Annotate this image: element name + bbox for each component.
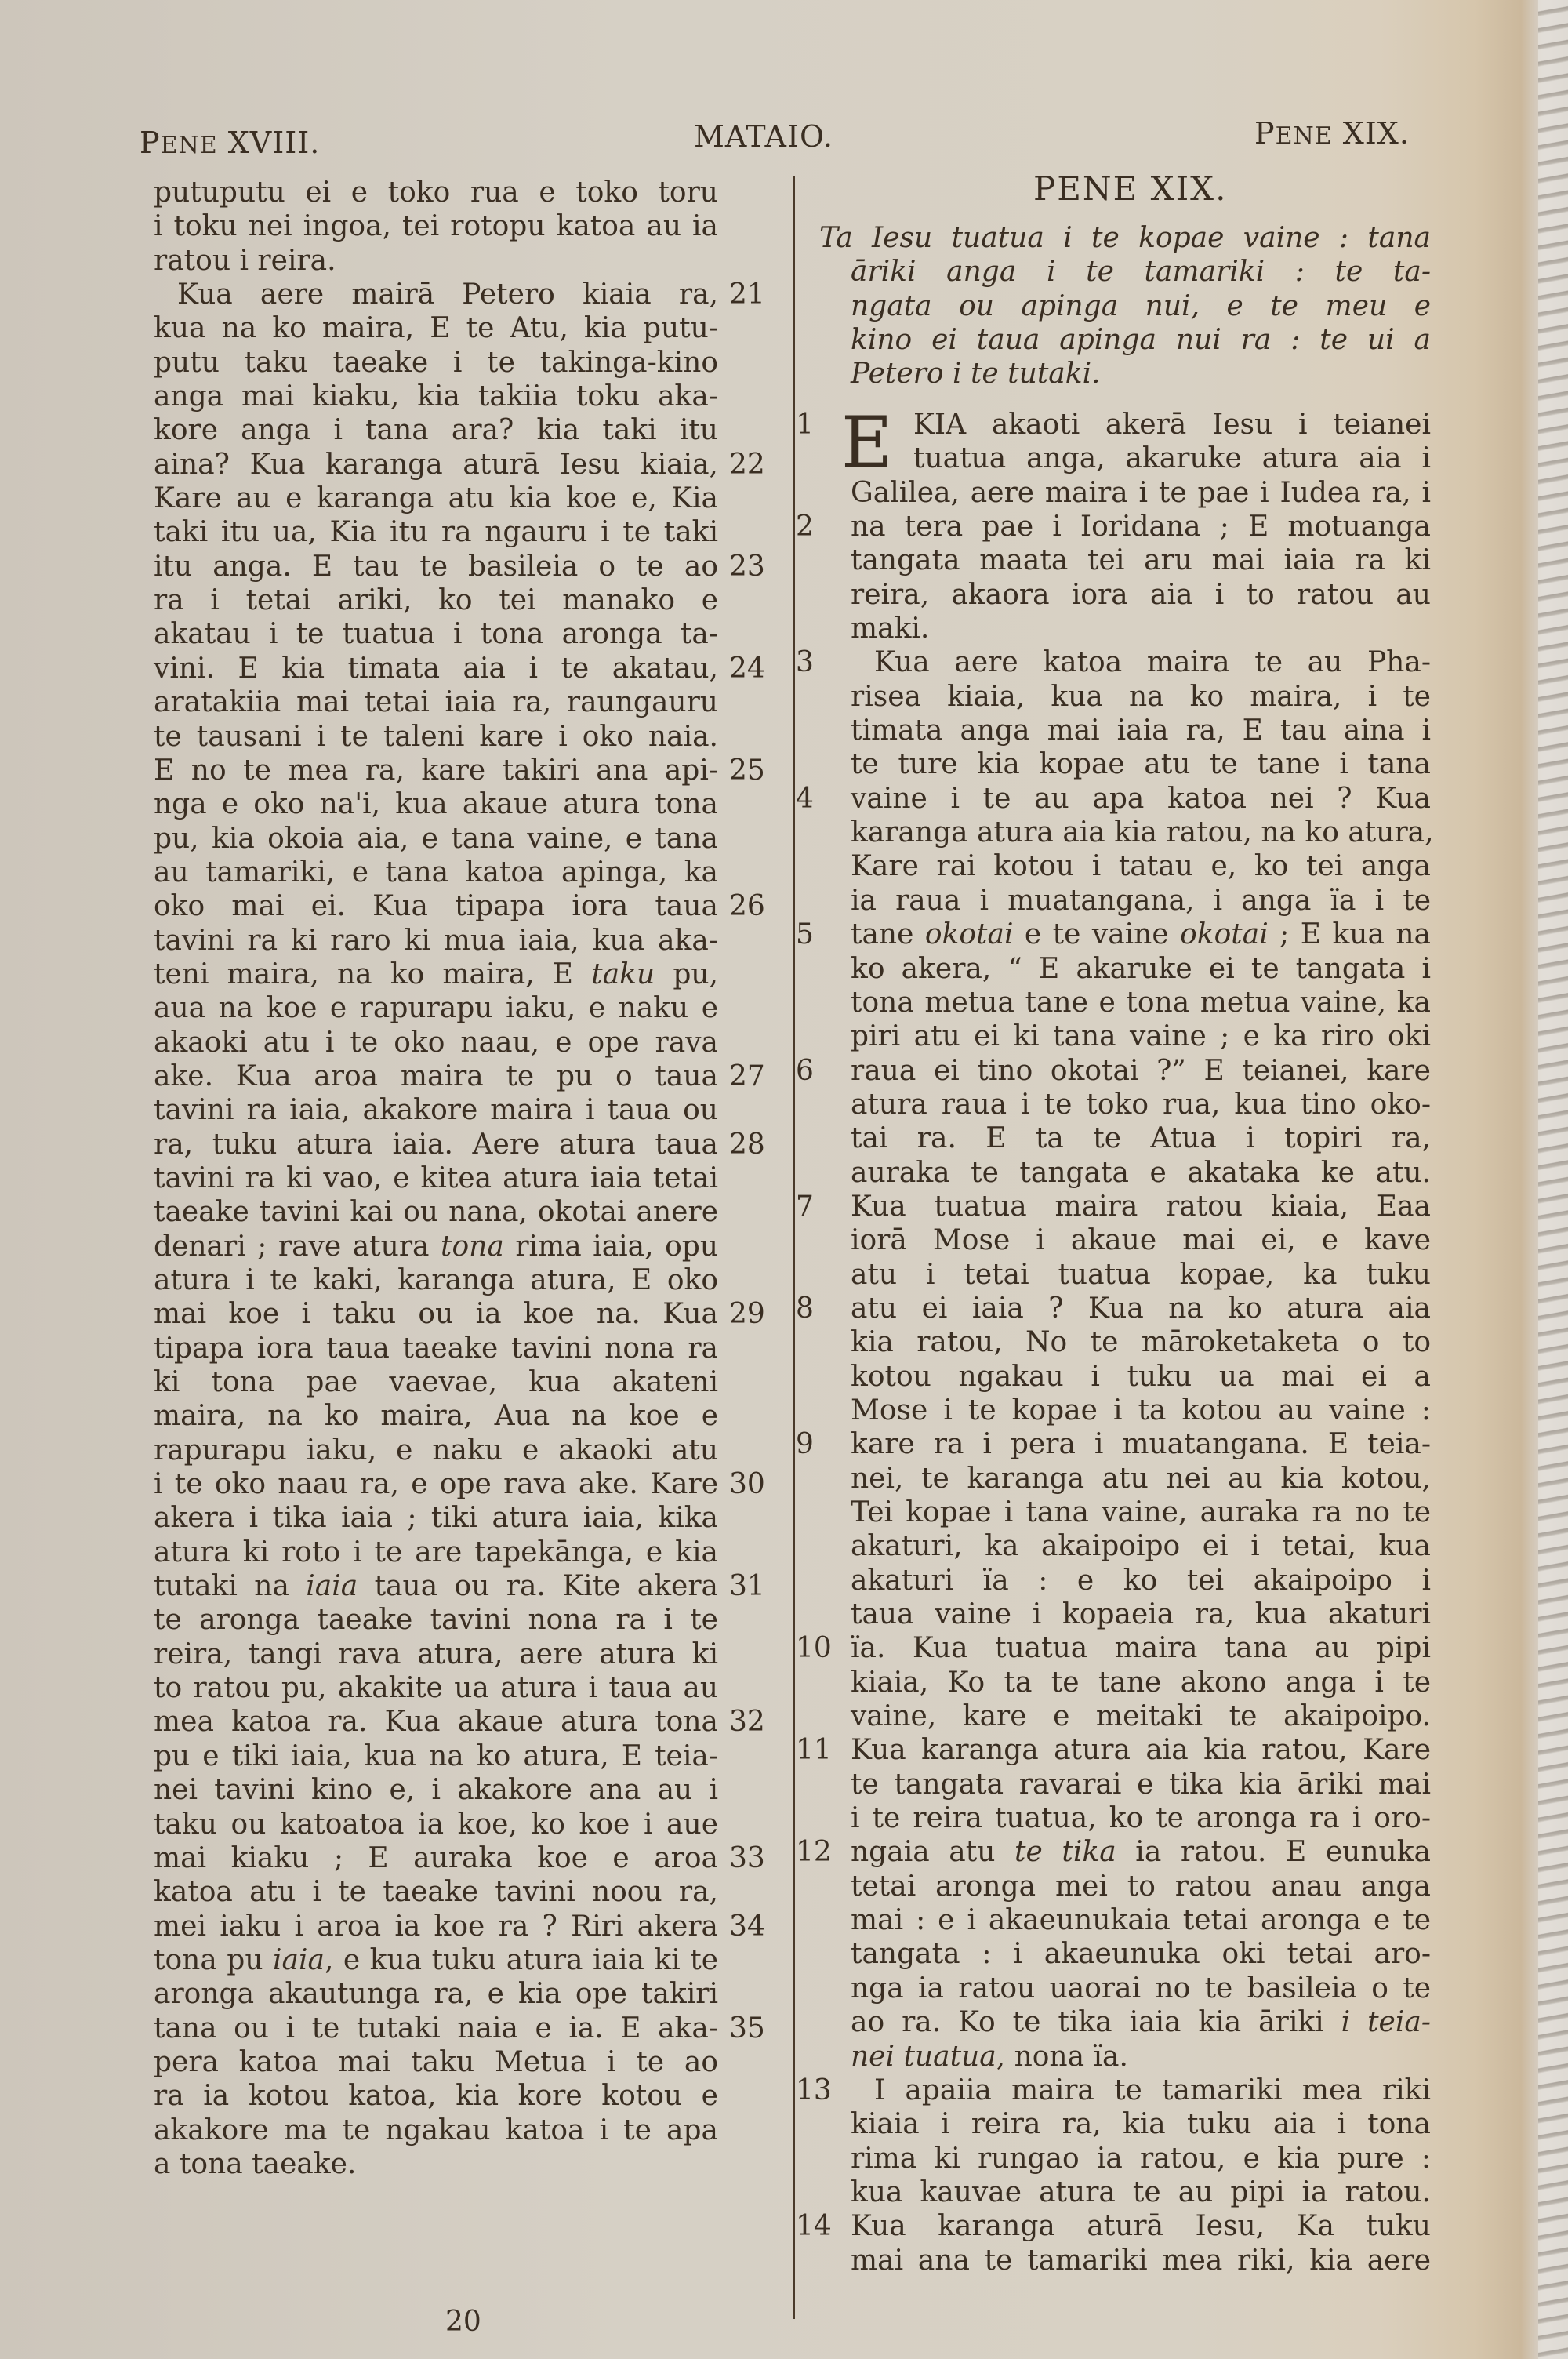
summary-line: āriki anga i te tamariki : te ta- <box>851 255 1431 289</box>
text-line: Kare au e karanga atu kia koe e, Kia <box>154 482 718 515</box>
text-line: nga e oko na'i, kua akaue atura tona <box>154 787 718 821</box>
left-column-text: putuputu ei e toko rua e toko torui toku… <box>154 176 718 2181</box>
running-head-left: PENE XVIII. <box>140 125 320 160</box>
text-line: tona metua tane e tona metua vaine, ka <box>851 986 1431 1020</box>
text-line: aronga akautunga ra, e kia ope takiri <box>154 1977 718 2011</box>
verse-number: 13 <box>796 2074 843 2107</box>
text-line: mai koe i taku ou ia koe na. Kua29 <box>154 1297 718 1331</box>
text-line: taua vaine i kopaeia ra, kua akaturi <box>851 1598 1431 1631</box>
line-text: timata anga mai iaia ra, E tau aina i <box>851 714 1431 747</box>
text-line: pera katoa mai taku Metua i te ao <box>154 2045 718 2079</box>
text-line: iorā Mose i akaue mai ei, e kave <box>851 1223 1431 1257</box>
text-line: Kua karanga atura aia kia ratou, Kare11 <box>851 1733 1431 1767</box>
line-text: Kua karanga atura aia kia ratou, Kare <box>851 1734 1431 1766</box>
text-line: tangata : i akaeunuka oki tetai aro- <box>851 1937 1431 1971</box>
line-text: tavini ra ki vao, e kitea atura iaia tet… <box>154 1162 718 1194</box>
chapter-summary: Ta Iesu tuatua i te kopae vaine : tanaār… <box>851 221 1431 391</box>
text-line: te tausani i te taleni kare i oko naia. <box>154 720 718 754</box>
line-text: kua kauvae atura te au pipi ia ratou. <box>851 2176 1431 2208</box>
italic-text: iaia <box>273 1944 325 1976</box>
line-text: vaine i te au apa katoa nei ? Kua <box>851 783 1431 815</box>
line-text: teni maira, na ko maira, E taku pu, <box>154 958 718 990</box>
verse-number: 21 <box>729 278 765 311</box>
line-text: Galilea, aere maira i te pae i Iudea ra,… <box>851 477 1431 509</box>
line-text: nei, te karanga atu nei au kia kotou, <box>851 1463 1431 1495</box>
line-text: Kua aere mairā Petero kiaia ra, <box>177 278 718 311</box>
verse-number: 30 <box>729 1467 765 1501</box>
text-line: au tamariki, e tana katoa apinga, ka <box>154 856 718 889</box>
text-line: atura ki roto i te are tapekānga, e kia <box>154 1536 718 1569</box>
line-text: taku ou katoatoa ia koe, ko koe i aue <box>154 1808 718 1841</box>
line-text: atura ki roto i te are tapekānga, e kia <box>154 1536 718 1568</box>
text-line: Mose i te kopae i ta kotou au vaine : <box>851 1394 1431 1427</box>
text-line: kia ratou, No te māroketaketa o to <box>851 1325 1431 1359</box>
text-line: tane okotai e te vaine okotai ; E kua na… <box>851 918 1431 951</box>
italic-text: i teia- <box>1341 2006 1431 2038</box>
line-text: tuatua anga, akaruke atura aia i <box>913 442 1431 474</box>
line-text: tavini ra ki raro ki mua iaia, kua aka- <box>154 925 718 957</box>
line-text: atu ei iaia ? Kua na ko atura aia <box>851 1292 1431 1325</box>
text-line: ki tona pae vaevae, kua akateni <box>154 1365 718 1399</box>
italic-text: taku <box>591 958 655 990</box>
line-text: Kua tuatua maira ratou kiaia, Eaa <box>851 1190 1431 1223</box>
text-line: reira, tangi rava atura, aere atura ki <box>154 1637 718 1671</box>
text-line: timata anga mai iaia ra, E tau aina i <box>851 714 1431 747</box>
verse-number: 25 <box>729 754 765 787</box>
line-text: putuputu ei e toko rua e toko toru <box>154 176 718 209</box>
text-line: mai kiaku ; E auraka koe e aroa33 <box>154 1841 718 1875</box>
text-line: i te oko naau ra, e ope rava ake. Kare30 <box>154 1467 718 1501</box>
line-text: tangata maata tei aru mai iaia ra ki <box>851 544 1431 576</box>
line-text: tana ou i te tutaki naia e ia. E aka- <box>154 2012 718 2045</box>
line-text: te tausani i te taleni kare i oko naia. <box>154 721 718 753</box>
text-line: to ratou pu, akakite ua atura i taua au <box>154 1671 718 1705</box>
text-line: KIA akaoti akerā Iesu i teianei1 <box>851 408 1431 442</box>
text-line: tai ra. E ta te Atua i topiri ra, <box>851 1121 1431 1155</box>
line-text: nga ia ratou uaorai no te basileia o te <box>851 1972 1431 2005</box>
line-text: aratakiia mai tetai iaia ra, raungauru <box>154 686 718 718</box>
text-line: na tera pae i Ioridana ; E motuanga2 <box>851 510 1431 543</box>
page-stack-edge <box>1538 0 1568 2359</box>
line-text: tai ra. E ta te Atua i topiri ra, <box>851 1122 1431 1154</box>
verse-number: 34 <box>729 1910 765 1943</box>
line-text: te tangata ravarai e tika kia āriki mai <box>851 1768 1431 1801</box>
text-line: kiaia i reira ra, kia tuku aia i tona <box>851 2107 1431 2141</box>
text-line: akaoki atu i te oko naau, e ope rava <box>154 1026 718 1060</box>
line-text: te aronga taeake tavini nona ra i te <box>154 1604 718 1636</box>
line-text: ra i tetai ariki, ko tei manako e <box>154 584 718 616</box>
line-text: atura i te kaki, karanga atura, E oko <box>154 1264 718 1296</box>
line-text: E no te mea ra, kare takiri ana api- <box>154 754 718 787</box>
text-line: akera i tika iaia ; tiki atura iaia, kik… <box>154 1501 718 1535</box>
chapter-heading: PENE XIX. <box>1033 169 1227 208</box>
line-text: te ture kia kopae atu te tane i tana <box>851 748 1431 780</box>
verse-number: 8 <box>796 1292 843 1325</box>
text-line: Kua aere mairā Petero kiaia ra,21 <box>154 278 718 311</box>
summary-line: Petero i te tutaki. <box>851 357 1431 391</box>
text-line: karanga atura aia kia ratou, na ko atura… <box>851 816 1431 849</box>
text-line: denari ; rave atura tona rima iaia, opu <box>154 1230 718 1263</box>
verse-number: 35 <box>729 2012 765 2045</box>
text-line: aratakiia mai tetai iaia ra, raungauru <box>154 685 718 719</box>
line-text: Tei kopae i tana vaine, auraka ra no te <box>851 1496 1431 1528</box>
right-column-text: EKIA akaoti akerā Iesu i teianei1tuatua … <box>851 408 1431 2277</box>
text-line: taki itu ua, Kia itu ra ngauru i te taki <box>154 515 718 549</box>
line-text: ake. Kua aroa maira te pu o taua <box>154 1060 718 1092</box>
line-text: kotou ngakau i tuku ua mai ei a <box>851 1361 1431 1393</box>
line-text: mea katoa ra. Kua akaue atura tona <box>154 1706 718 1738</box>
line-text: atu i tetai tuatua kopae, ka tuku <box>851 1259 1431 1291</box>
text-line: ia raua i muatangana, i anga ïa i te <box>851 884 1431 918</box>
text-line: nei, te karanga atu nei au kia kotou, <box>851 1462 1431 1496</box>
verse-number: 12 <box>796 1835 843 1869</box>
line-text: i te reira tuatua, ko te aronga ra i oro… <box>851 1802 1431 1834</box>
verse-number: 10 <box>796 1631 843 1665</box>
text-line: piri atu ei ki tana vaine ; e ka riro ok… <box>851 1020 1431 1053</box>
text-line: putuputu ei e toko rua e toko toru <box>154 176 718 209</box>
line-text: taki itu ua, Kia itu ra ngauru i te taki <box>154 516 718 548</box>
line-text: na tera pae i Ioridana ; E motuanga <box>851 511 1431 543</box>
line-text: nei tuatua, nona ïa. <box>851 2041 1128 2073</box>
text-line: tangata maata tei aru mai iaia ra ki <box>851 543 1431 577</box>
text-line: tetai aronga mei to ratou anau anga <box>851 1870 1431 1903</box>
summary-line: kino ei taua apinga nui ra : te ui a <box>851 323 1431 357</box>
line-text: Kare au e karanga atu kia koe e, Kia <box>154 482 718 514</box>
line-text: to ratou pu, akakite ua atura i taua au <box>154 1672 718 1704</box>
line-text: tona metua tane e tona metua vaine, ka <box>851 987 1431 1019</box>
text-line: risea kiaia, kua na ko maira, i te <box>851 680 1431 714</box>
line-text: pu, kia okoia aia, e tana vaine, e tana <box>154 823 718 855</box>
text-line: auraka te tangata e akataka ke atu. <box>851 1156 1431 1190</box>
text-line: ko akera, “ E akaruke ei te tangata i <box>851 952 1431 986</box>
line-text: putu taku taeake i te takinga-kino <box>154 347 718 379</box>
text-line: pu e tiki iaia, kua na ko atura, E teia- <box>154 1739 718 1773</box>
summary-line: ngata ou apinga nui, e te meu e <box>851 289 1431 323</box>
italic-text: tona <box>441 1230 504 1263</box>
line-text: tane okotai e te vaine okotai ; E kua na <box>851 918 1431 951</box>
line-text: itu anga. E tau te basileia o te ao <box>154 551 718 583</box>
line-text: ao ra. Ko te tika iaia kia āriki i teia- <box>851 2006 1431 2038</box>
text-line: ïa. Kua tuatua maira tana au pipi10 <box>851 1631 1431 1665</box>
text-line: mai : e i akaeunukaia tetai aronga e te <box>851 1903 1431 1937</box>
line-text: rapurapu iaku, e naku e akaoki atu <box>154 1434 718 1467</box>
text-line: nei tuatua, nona ïa. <box>851 2040 1431 2074</box>
line-text: a tona taeake. <box>154 2148 356 2180</box>
text-line: oko mai ei. Kua tipapa iora taua26 <box>154 889 718 923</box>
running-head-right: PENE XIX. <box>1254 116 1410 151</box>
line-text: kua na ko maira, E te Atu, kia putu- <box>154 312 718 344</box>
text-line: akaturi ïa : e ko tei akaipoipo i <box>851 1564 1431 1598</box>
line-text: taeake tavini kai ou nana, okotai anere <box>154 1196 718 1228</box>
line-text: ngaia atu te tika ia ratou. E eunuka <box>851 1836 1431 1868</box>
text-line: aua na koe e rapurapu iaku, e naku e <box>154 991 718 1025</box>
text-line: maki. <box>851 612 1431 645</box>
verse-number: 28 <box>729 1128 765 1161</box>
italic-text: iaia <box>306 1570 358 1602</box>
italic-text: te tika <box>1014 1836 1116 1868</box>
text-line: tavini ra ki raro ki mua iaia, kua aka- <box>154 924 718 958</box>
line-text: pu e tiki iaia, kua na ko atura, E teia- <box>154 1740 718 1772</box>
verse-number: 31 <box>729 1569 765 1603</box>
line-text: katoa atu i te taeake tavini noou ra, <box>154 1876 718 1908</box>
text-line: ratou i reira. <box>154 244 718 278</box>
line-text: kiaia, Ko ta te tane akono anga i te <box>851 1667 1431 1699</box>
italic-text: okotai <box>1180 918 1269 951</box>
line-text: tetai aronga mei to ratou anau anga <box>851 1870 1431 1903</box>
line-text: mai kiaku ; E auraka koe e aroa <box>154 1842 718 1874</box>
text-line: a tona taeake. <box>154 2147 718 2181</box>
text-line: kore anga i tana ara? kia taki itu <box>154 413 718 447</box>
verse-number: 1 <box>796 408 843 442</box>
text-line: ao ra. Ko te tika iaia kia āriki i teia- <box>851 2005 1431 2039</box>
text-line: kare ra i pera i muatangana. E teia-9 <box>851 1427 1431 1461</box>
line-text: karanga atura aia kia ratou, na ko atura… <box>851 816 1434 849</box>
text-line: Kare rai kotou i tatau e, ko tei anga <box>851 849 1431 883</box>
verse-number: 2 <box>796 510 843 543</box>
line-text: nei tavini kino e, i akakore ana au i <box>154 1774 718 1806</box>
line-text: aronga akautunga ra, e kia ope takiri <box>154 1978 718 2010</box>
text-line: taeake tavini kai ou nana, okotai anere <box>154 1195 718 1229</box>
line-text: ra ia kotou katoa, kia kore kotou e <box>154 2080 718 2112</box>
text-line: akatau i te tuatua i tona aronga ta- <box>154 617 718 651</box>
running-head-book-title: MATAIO. <box>694 119 833 154</box>
line-text: ia raua i muatangana, i anga ïa i te <box>851 885 1431 917</box>
line-text: tutaki na iaia taua ou ra. Kite akera <box>154 1570 718 1602</box>
line-text: akakore ma te ngakau katoa i te apa <box>154 2114 718 2146</box>
text-line: akakore ma te ngakau katoa i te apa <box>154 2114 718 2147</box>
text-line: te aronga taeake tavini nona ra i te <box>154 1603 718 1637</box>
text-line: mei iaku i aroa ia koe ra ? Riri akera34 <box>154 1910 718 1943</box>
text-line: pu, kia okoia aia, e tana vaine, e tana <box>154 822 718 856</box>
text-line: vaine, kare e meitaki te akaipoipo. <box>851 1699 1431 1733</box>
text-line: atura raua i te toko rua, kua tino oko- <box>851 1088 1431 1121</box>
italic-text: nei tuatua <box>851 2041 996 2073</box>
text-line: ra, tuku atura iaia. Aere atura taua28 <box>154 1128 718 1161</box>
line-text: akaturi ïa : e ko tei akaipoipo i <box>851 1565 1431 1597</box>
text-line: ake. Kua aroa maira te pu o taua27 <box>154 1060 718 1093</box>
line-text: kiaia i reira ra, kia tuku aia i tona <box>851 2108 1431 2140</box>
line-text: i toku nei ingoa, tei rotopu katoa au ia <box>154 210 718 242</box>
line-text: kia ratou, No te māroketaketa o to <box>851 1326 1431 1358</box>
line-text: raua ei tino okotai ?” E teianei, kare <box>851 1055 1431 1087</box>
verse-number: 9 <box>796 1427 843 1461</box>
line-text: ra, tuku atura iaia. Aere atura taua <box>154 1129 718 1161</box>
text-line: taku ou katoatoa ia koe, ko koe i aue <box>154 1808 718 1841</box>
line-text: Kua aere katoa maira te au Pha- <box>874 646 1431 678</box>
text-line: Galilea, aere maira i te pae i Iudea ra,… <box>851 476 1431 510</box>
text-line: kiaia, Ko ta te tane akono anga i te <box>851 1666 1431 1699</box>
line-text: rima ki rungao ia ratou, e kia pure : <box>851 2143 1431 2175</box>
text-line: Kua aere katoa maira te au Pha-3 <box>851 645 1431 679</box>
text-line: tavini ra ki vao, e kitea atura iaia tet… <box>154 1161 718 1195</box>
verse-number: 23 <box>729 550 765 583</box>
verse-number: 7 <box>796 1190 843 1223</box>
text-line: te tangata ravarai e tika kia āriki mai <box>851 1768 1431 1801</box>
line-text: auraka te tangata e akataka ke atu. <box>851 1157 1431 1189</box>
line-text: nga e oko na'i, kua akaue atura tona <box>154 788 718 820</box>
verse-number: 33 <box>729 1841 765 1875</box>
text-line: vini. E kia timata aia i te akatau,24 <box>154 652 718 685</box>
text-line: kua na ko maira, E te Atu, kia putu- <box>154 311 718 345</box>
verse-number: 24 <box>729 652 765 685</box>
line-text: au tamariki, e tana katoa apinga, ka <box>154 856 718 889</box>
line-text: mai ana te tamariki mea riki, kia aere <box>851 2245 1431 2277</box>
text-line: tona pu iaia, e kua tuku atura iaia ki t… <box>154 1943 718 1977</box>
line-text: risea kiaia, kua na ko maira, i te <box>851 681 1431 713</box>
text-line: Kua tuatua maira ratou kiaia, Eaa7 <box>851 1190 1431 1223</box>
line-text: tipapa iora taua taeake tavini nona ra <box>154 1332 718 1365</box>
line-text: tangata : i akaeunuka oki tetai aro- <box>851 1938 1431 1970</box>
text-line: katoa atu i te taeake tavini noou ra, <box>154 1875 718 1909</box>
text-line: kua kauvae atura te au pipi ia ratou. <box>851 2175 1431 2209</box>
line-text: Kua karanga aturā Iesu, Ka tuku <box>851 2210 1431 2242</box>
text-line: tana ou i te tutaki naia e ia. E aka-35 <box>154 2012 718 2045</box>
line-text: oko mai ei. Kua tipapa iora taua <box>154 890 718 922</box>
verse-number: 26 <box>729 889 765 923</box>
verse-number: 5 <box>796 918 843 951</box>
line-text: vini. E kia timata aia i te akatau, <box>154 652 718 685</box>
verse-number: 14 <box>796 2209 843 2243</box>
text-line: Tei kopae i tana vaine, auraka ra no te <box>851 1496 1431 1529</box>
text-line: atu ei iaia ? Kua na ko atura aia8 <box>851 1292 1431 1325</box>
text-line: mai ana te tamariki mea riki, kia aere <box>851 2244 1431 2277</box>
text-line: anga mai kiaku, kia takiia toku aka- <box>154 380 718 413</box>
line-text: aua na koe e rapurapu iaku, e naku e <box>154 992 718 1024</box>
text-line: rima ki rungao ia ratou, e kia pure : <box>851 2142 1431 2175</box>
text-line: maira, na ko maira, Aua na koe e <box>154 1399 718 1433</box>
text-line: tipapa iora taua taeake tavini nona ra <box>154 1332 718 1365</box>
text-line: teni maira, na ko maira, E taku pu, <box>154 958 718 991</box>
page-number: 20 <box>445 2306 481 2338</box>
verse-number: 27 <box>729 1060 765 1093</box>
line-text: mai : e i akaeunukaia tetai aronga e te <box>851 1904 1431 1936</box>
verse-number: 29 <box>729 1297 765 1331</box>
column-divider <box>793 176 795 2319</box>
verse-number: 11 <box>796 1733 843 1767</box>
line-text: ki tona pae vaevae, kua akateni <box>154 1366 718 1398</box>
line-text: tona pu iaia, e kua tuku atura iaia ki t… <box>154 1944 718 1976</box>
line-text: vaine, kare e meitaki te akaipoipo. <box>851 1700 1431 1732</box>
line-text: i te oko naau ra, e ope rava ake. Kare <box>154 1468 718 1500</box>
line-text: reira, akaora iora aia i to ratou au <box>851 579 1431 611</box>
text-line: kotou ngakau i tuku ua mai ei a <box>851 1360 1431 1394</box>
line-text: mai koe i taku ou ia koe na. Kua <box>154 1298 718 1330</box>
line-text: reira, tangi rava atura, aere atura ki <box>154 1638 718 1670</box>
line-text: ratou i reira. <box>154 245 336 277</box>
line-text: KIA akaoti akerā Iesu i teianei <box>913 409 1431 441</box>
text-line: tuatua anga, akaruke atura aia i <box>851 442 1431 475</box>
line-text: atura raua i te toko rua, kua tino oko- <box>851 1089 1431 1121</box>
text-line: raua ei tino okotai ?” E teianei, kare6 <box>851 1054 1431 1088</box>
verse-number: 6 <box>796 1054 843 1088</box>
verse-number: 3 <box>796 645 843 679</box>
line-text: akera i tika iaia ; tiki atura iaia, kik… <box>154 1502 718 1534</box>
verse-number: 32 <box>729 1705 765 1739</box>
line-text: piri atu ei ki tana vaine ; e ka riro ok… <box>851 1020 1431 1052</box>
line-text: ko akera, “ E akaruke ei te tangata i <box>851 953 1431 985</box>
line-text: akaoki atu i te oko naau, e ope rava <box>154 1027 718 1059</box>
text-line: tutaki na iaia taua ou ra. Kite akera31 <box>154 1569 718 1603</box>
text-line: nga ia ratou uaorai no te basileia o te <box>851 1972 1431 2005</box>
line-text: kare ra i pera i muatangana. E teia- <box>851 1428 1431 1460</box>
line-text: I apaiia maira te tamariki mea riki <box>874 2074 1431 2106</box>
text-line: ra ia kotou katoa, kia kore kotou e <box>154 2079 718 2113</box>
line-text: iorā Mose i akaue mai ei, e kave <box>851 1224 1431 1256</box>
text-line: tavini ra iaia, akakore maira i taua ou <box>154 1093 718 1127</box>
line-text: kore anga i tana ara? kia taki itu <box>154 414 718 446</box>
line-text: denari ; rave atura tona rima iaia, opu <box>154 1230 718 1263</box>
text-line: akaturi, ka akaipoipo ei i tetai, kua <box>851 1529 1431 1563</box>
line-text: pera katoa mai taku Metua i te ao <box>154 2046 718 2078</box>
line-text: tavini ra iaia, akakore maira i taua ou <box>154 1094 718 1126</box>
line-text: maki. <box>851 612 929 645</box>
italic-text: okotai <box>925 918 1014 951</box>
text-line: atura i te kaki, karanga atura, E oko <box>154 1263 718 1297</box>
text-line: E no te mea ra, kare takiri ana api-25 <box>154 754 718 787</box>
line-text: Kare rai kotou i tatau e, ko tei anga <box>851 850 1431 882</box>
text-line: ra i tetai ariki, ko tei manako e <box>154 583 718 617</box>
line-text: akatau i te tuatua i tona aronga ta- <box>154 618 718 650</box>
text-line: mea katoa ra. Kua akaue atura tona32 <box>154 1705 718 1739</box>
text-line: I apaiia maira te tamariki mea riki13 <box>851 2074 1431 2107</box>
line-text: anga mai kiaku, kia takiia toku aka- <box>154 380 718 413</box>
text-line: vaine i te au apa katoa nei ? Kua4 <box>851 782 1431 816</box>
text-line: i toku nei ingoa, tei rotopu katoa au ia <box>154 209 718 243</box>
text-line: ngaia atu te tika ia ratou. E eunuka12 <box>851 1835 1431 1869</box>
line-text: akaturi, ka akaipoipo ei i tetai, kua <box>851 1530 1431 1562</box>
text-line: Kua karanga aturā Iesu, Ka tuku14 <box>851 2209 1431 2243</box>
line-text: taua vaine i kopaeia ra, kua akaturi <box>851 1598 1431 1630</box>
line-text: aina? Kua karanga aturā Iesu kiaia, <box>154 449 718 481</box>
line-text: maira, na ko maira, Aua na koe e <box>154 1400 718 1432</box>
text-line: rapurapu iaku, e naku e akaoki atu <box>154 1434 718 1467</box>
line-text: mei iaku i aroa ia koe ra ? Riri akera <box>154 1910 718 1943</box>
text-line: atu i tetai tuatua kopae, ka tuku <box>851 1258 1431 1292</box>
text-line: aina? Kua karanga aturā Iesu kiaia,22 <box>154 448 718 482</box>
text-line: te ture kia kopae atu te tane i tana <box>851 747 1431 781</box>
text-line: nei tavini kino e, i akakore ana au i <box>154 1773 718 1807</box>
summary-line: Ta Iesu tuatua i te kopae vaine : tana <box>819 221 1431 255</box>
verse-number: 22 <box>729 448 765 482</box>
text-line: reira, akaora iora aia i to ratou au <box>851 578 1431 612</box>
line-text: ïa. Kua tuatua maira tana au pipi <box>851 1632 1431 1664</box>
verse-number: 4 <box>796 782 843 816</box>
text-line: putu taku taeake i te takinga-kino <box>154 346 718 380</box>
text-line: i te reira tuatua, ko te aronga ra i oro… <box>851 1801 1431 1835</box>
text-line: itu anga. E tau te basileia o te ao23 <box>154 550 718 583</box>
line-text: Mose i te kopae i ta kotou au vaine : <box>851 1394 1431 1427</box>
